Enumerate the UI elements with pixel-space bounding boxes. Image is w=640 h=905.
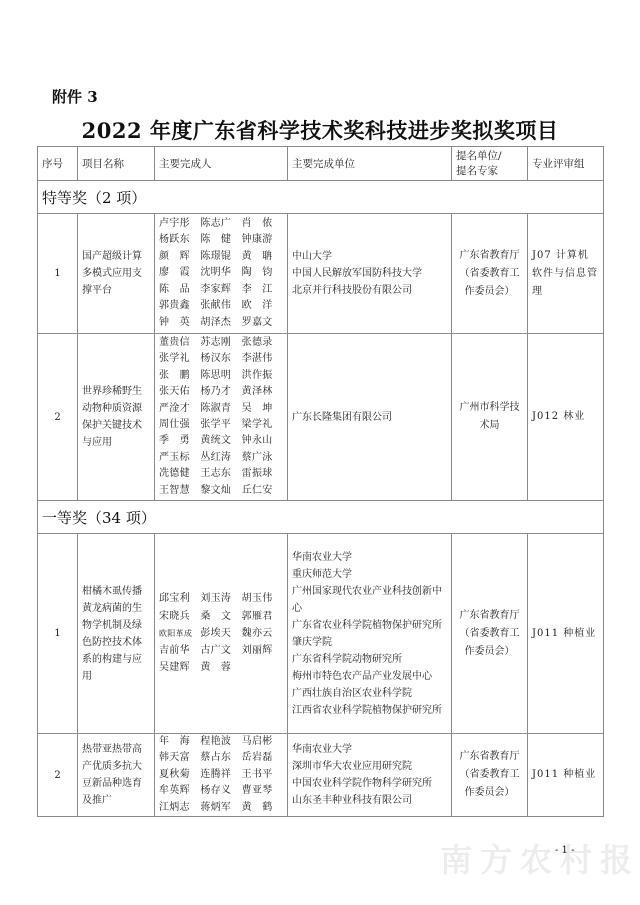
contributor-name: 陈璟锟 [200, 249, 241, 265]
unit-name: 广东省农业科学院植物保护研究所 [292, 617, 447, 634]
row-contributors: 卢宇彤陈志广肖 侬杨跃东陈 健钟康游颜 辉陈璟锟黄 聃廖 霞沈明华陶 钧陈 品李… [155, 214, 288, 334]
unit-name: 梅州市特色农产品产业发展中心 [292, 668, 447, 685]
contributor-name: 王智慧 [159, 483, 200, 499]
contributor-name: 程艳波 [200, 734, 241, 750]
contributor-name: 王志东 [200, 466, 241, 482]
contributor-name: 黄统文 [200, 433, 241, 449]
row-nominator: 广东省教育厅（省委教育工作委员会） [452, 734, 528, 817]
contributor-name: 曹亚琴 [242, 783, 283, 799]
unit-name: 广东省科学院动物研究所 [292, 651, 447, 668]
contributor-name: 罗嘉文 [242, 315, 283, 331]
row-units: 华南农业大学重庆师范大学广州国家现代农业产业科技创新中心广东省农业科学院植物保护… [288, 534, 452, 734]
header-nominator-line1: 提名单位/ [456, 150, 502, 162]
row-project-name: 柑橘木虱传播黄龙病菌的生物学机制及绿色防控技术体系的构建与应用 [78, 534, 155, 734]
contributor-name: 张 鹏 [159, 368, 200, 384]
contributor-name: 严玉标 [159, 450, 200, 466]
contributors-grid: 年 海程艳波马启彬韩天富蔡占东岳岩磊夏秋菊连腾祥王书平牟英辉杨存义曹亚琴江炳志蒋… [159, 734, 283, 816]
unit-name: 华南农业大学 [292, 549, 447, 566]
contributor-name: 魏亦云 [242, 625, 283, 642]
contributor-name: 李湛伟 [242, 351, 283, 367]
contributor-name: 黄泽林 [242, 384, 283, 400]
contributor-name: 吉前华 [159, 642, 200, 659]
contributor-name: 吴 坤 [242, 401, 283, 417]
contributor-name: 欧阳革成 [159, 625, 200, 642]
table-body: 特等奖（2 项）1国产超级计算多模式应用支撑平台卢宇彤陈志广肖 侬杨跃东陈 健钟… [38, 181, 604, 817]
table-row: 2世界珍稀野生动物种质资源保护关键技术与应用董贵信苏志刚张德录张学礼杨汉东李湛伟… [38, 334, 604, 501]
contributor-name: 蔡广泳 [242, 450, 283, 466]
contributor-name: 古广文 [200, 642, 241, 659]
unit-name: 江西省农业科学院植物保护研究所 [292, 702, 447, 719]
contributor-name: 张德录 [242, 335, 283, 351]
contributor-name: 张献伟 [200, 298, 241, 314]
table-row: 1柑橘木虱传播黄龙病菌的生物学机制及绿色防控技术体系的构建与应用邱宝利刘玉涛胡玉… [38, 534, 604, 734]
contributor-name: 卢宇彤 [159, 216, 200, 232]
contributor-name: 颜 辉 [159, 249, 200, 265]
contributor-name: 黄 蓉 [200, 659, 241, 676]
table-row: 1国产超级计算多模式应用支撑平台卢宇彤陈志广肖 侬杨跃东陈 健钟康游颜 辉陈璟锟… [38, 214, 604, 334]
contributor-name: 陈志广 [200, 216, 241, 232]
section-row: 一等奖（34 项） [38, 501, 604, 534]
unit-name: 山东圣丰种业科技有限公司 [292, 792, 447, 809]
contributor-name: 黎文灿 [200, 483, 241, 499]
unit-name: 广东长隆集团有限公司 [292, 409, 447, 426]
contributor-name: 董贵信 [159, 335, 200, 351]
row-review-group: J011 种植业 [528, 734, 604, 817]
row-seq: 1 [38, 214, 78, 334]
header-project-name: 项目名称 [78, 147, 155, 181]
contributor-name: 陈思明 [200, 368, 241, 384]
attachment-label: 附件 3 [52, 86, 98, 107]
contributor-name: 沈明华 [200, 265, 241, 281]
contributor-name: 杨跃东 [159, 232, 200, 248]
contributor-name: 郭贵鑫 [159, 298, 200, 314]
row-project-name: 世界珍稀野生动物种质资源保护关键技术与应用 [78, 334, 155, 501]
row-project-name: 国产超级计算多模式应用支撑平台 [78, 214, 155, 334]
row-review-group: J011 种植业 [528, 534, 604, 734]
unit-name: 深圳市华大农业应用研究院 [292, 758, 447, 775]
contributor-name: 黄 聃 [242, 249, 283, 265]
contributor-name: 季 勇 [159, 433, 200, 449]
unit-name: 重庆师范大学 [292, 566, 447, 583]
row-seq: 2 [38, 734, 78, 817]
contributor-name: 严淦才 [159, 401, 200, 417]
contributors-grid: 卢宇彤陈志广肖 侬杨跃东陈 健钟康游颜 辉陈璟锟黄 聃廖 霞沈明华陶 钧陈 品李… [159, 216, 283, 331]
unit-name: 华南农业大学 [292, 741, 447, 758]
contributor-name: 蔡占东 [200, 750, 241, 766]
unit-name: 广州国家现代农业产业科技创新中心 [292, 583, 447, 617]
contributor-name: 韩天富 [159, 750, 200, 766]
contributor-name: 刘玉涛 [200, 590, 241, 607]
contributor-name: 钟 英 [159, 315, 200, 331]
contributor-name: 雷振球 [242, 466, 283, 482]
row-contributors: 年 海程艳波马启彬韩天富蔡占东岳岩磊夏秋菊连腾祥王书平牟英辉杨存义曹亚琴江炳志蒋… [155, 734, 288, 817]
row-seq: 2 [38, 334, 78, 501]
header-nominator: 提名单位/ 提名专家 [452, 147, 528, 181]
contributor-name: 梁学礼 [242, 417, 283, 433]
row-units: 中山大学中国人民解放军国防科技大学北京并行科技股份有限公司 [288, 214, 452, 334]
contributor-name: 张天佑 [159, 384, 200, 400]
contributor-name: 丘仁安 [242, 483, 283, 499]
contributor-name: 陶 钧 [242, 265, 283, 281]
awards-table: 序号 项目名称 主要完成人 主要完成单位 提名单位/ 提名专家 专业评审组 特等… [37, 146, 604, 817]
page-number: - 1 - [555, 845, 574, 856]
watermark: 南方农村报 [440, 835, 640, 881]
contributor-name: 牟英辉 [159, 783, 200, 799]
row-project-name: 热带亚热带高产优质多抗大豆新品种选育及推广 [78, 734, 155, 817]
contributor-name: 连腾祥 [200, 767, 241, 783]
contributor-name: 张学平 [200, 417, 241, 433]
unit-name: 广西壮族自治区农业科学院 [292, 685, 447, 702]
contributor-name: 杨乃才 [200, 384, 241, 400]
unit-name: 中国人民解放军国防科技大学 [292, 265, 447, 282]
contributor-name: 胡泽杰 [200, 315, 241, 331]
contributor-name: 杨存义 [200, 783, 241, 799]
document-title: 2022 年度广东省科学技术奖科技进步奖拟奖项目 [0, 115, 640, 145]
contributor-name: 李家辉 [200, 282, 241, 298]
section-label: 特等奖（2 项） [38, 181, 604, 214]
contributor-name: 丛红涛 [200, 450, 241, 466]
unit-name: 中国农业科学院作物科学研究所 [292, 775, 447, 792]
contributor-name: 陈 品 [159, 282, 200, 298]
header-nominator-line2: 提名专家 [456, 165, 498, 177]
contributor-name: 桑 文 [200, 608, 241, 625]
row-review-group: J012 林业 [528, 334, 604, 501]
unit-name: 肇庆学院 [292, 634, 447, 651]
contributors-grid: 董贵信苏志刚张德录张学礼杨汉东李湛伟张 鹏陈思明洪作振张天佑杨乃才黄泽林严淦才陈… [159, 335, 283, 499]
header-review-group: 专业评审组 [528, 147, 604, 181]
row-units: 华南农业大学深圳市华大农业应用研究院中国农业科学院作物科学研究所山东圣丰种业科技… [288, 734, 452, 817]
contributor-name: 蒋炳军 [200, 800, 241, 816]
contributor-name: 刘丽辉 [242, 642, 283, 659]
row-units: 广东长隆集团有限公司 [288, 334, 452, 501]
section-label: 一等奖（34 项） [38, 501, 604, 534]
row-contributors: 邱宝利刘玉涛胡玉伟宋晓兵桑 文郭雁君欧阳革成彭埃天魏亦云吉前华古广文刘丽辉吴建辉… [155, 534, 288, 734]
unit-name: 中山大学 [292, 248, 447, 265]
contributor-name: 张学礼 [159, 351, 200, 367]
contributor-name: 李 江 [242, 282, 283, 298]
unit-name: 北京并行科技股份有限公司 [292, 282, 447, 299]
contributor-name: 洪作振 [242, 368, 283, 384]
contributor-name: 欧 洋 [242, 298, 283, 314]
contributor-name: 廖 霞 [159, 265, 200, 281]
contributor-name: 杨汉东 [200, 351, 241, 367]
contributor-name: 钟康游 [242, 232, 283, 248]
row-contributors: 董贵信苏志刚张德录张学礼杨汉东李湛伟张 鹏陈思明洪作振张天佑杨乃才黄泽林严淦才陈… [155, 334, 288, 501]
table-header-row: 序号 项目名称 主要完成人 主要完成单位 提名单位/ 提名专家 专业评审组 [38, 147, 604, 181]
contributor-name: 周仕强 [159, 417, 200, 433]
row-seq: 1 [38, 534, 78, 734]
contributor-name: 苏志刚 [200, 335, 241, 351]
section-row: 特等奖（2 项） [38, 181, 604, 214]
contributor-name: 冼德健 [159, 466, 200, 482]
contributor-name: 宋晓兵 [159, 608, 200, 625]
contributors-grid: 邱宝利刘玉涛胡玉伟宋晓兵桑 文郭雁君欧阳革成彭埃天魏亦云吉前华古广文刘丽辉吴建辉… [159, 590, 283, 676]
header-seq: 序号 [38, 147, 78, 181]
contributor-name: 彭埃天 [200, 625, 241, 642]
contributor-name: 陈淑青 [200, 401, 241, 417]
table-row: 2热带亚热带高产优质多抗大豆新品种选育及推广年 海程艳波马启彬韩天富蔡占东岳岩磊… [38, 734, 604, 817]
row-review-group: J07 计算机软件与信息管理 [528, 214, 604, 334]
contributor-name: 黄 鹤 [242, 800, 283, 816]
row-nominator: 广州市科学技术局 [452, 334, 528, 501]
contributor-name: 年 海 [159, 734, 200, 750]
contributor-name: 郭雁君 [242, 608, 283, 625]
contributor-name: 钟永山 [242, 433, 283, 449]
header-main-contributors: 主要完成人 [155, 147, 288, 181]
contributor-name: 马启彬 [242, 734, 283, 750]
row-nominator: 广东省教育厅（省委教育工作委员会） [452, 214, 528, 334]
contributor-name: 夏秋菊 [159, 767, 200, 783]
contributor-name: 吴建辉 [159, 659, 200, 676]
contributor-name: 陈 健 [200, 232, 241, 248]
contributor-name: 江炳志 [159, 800, 200, 816]
contributor-name: 肖 侬 [242, 216, 283, 232]
contributor-name: 岳岩磊 [242, 750, 283, 766]
contributor-name: 胡玉伟 [242, 590, 283, 607]
header-main-units: 主要完成单位 [288, 147, 452, 181]
contributor-name: 王书平 [242, 767, 283, 783]
row-nominator: 广东省教育厅（省委教育工作委员会） [452, 534, 528, 734]
contributor-name: 邱宝利 [159, 590, 200, 607]
